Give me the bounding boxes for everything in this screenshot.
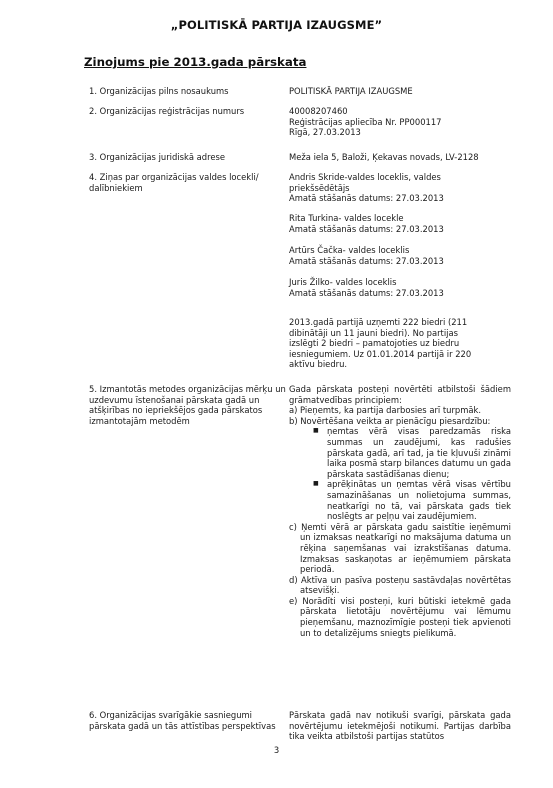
- board-member-3: Artūrs Čačka- valdes loceklis Amatā stāš…: [289, 245, 521, 266]
- bullet-icon: ■: [313, 479, 319, 490]
- membership-note: 2013.gadā partijā uzņemti 222 biedri (21…: [289, 317, 521, 370]
- principle-a: a) Pieņemts, ka partija darbosies arī tu…: [289, 405, 511, 416]
- principles-intro: Gada pārskata posteņi novērtēti atbilsto…: [289, 384, 511, 405]
- principle-b-bullet-1: ■ ņemtas vērā visas paredzamās riska sum…: [289, 426, 511, 479]
- principle-c: c) Ņemti vērā ar pārskata gadu saistītie…: [289, 522, 511, 575]
- board-member-2: Rita Turkina- valdes locekle Amatā stāša…: [289, 213, 521, 234]
- document-title: „POLITISKĀ PARTIJA IZAUGSME”: [0, 18, 553, 32]
- row-6-value: Pārskata gadā nav notikuši svarīgi, pārs…: [289, 710, 511, 742]
- row-1-value: POLITISKĀ PARTIJA IZAUGSME: [289, 86, 521, 97]
- bullet-icon: ■: [313, 426, 319, 437]
- row-2-value: 40008207460 Reģistrācijas apliecība Nr. …: [289, 106, 521, 138]
- row-3-value: Meža iela 5, Baloži, Ķekavas novads, LV-…: [289, 152, 521, 163]
- row-1-label: 1. Organizācijas pilns nosaukums: [89, 86, 279, 97]
- row-4-label: 4. Ziņas par organizācijas valdes locekl…: [89, 172, 279, 193]
- row-5-value: Gada pārskata posteņi novērtēti atbilsto…: [289, 384, 511, 638]
- row-2-label: 2. Organizācijas reģistrācijas numurs: [89, 106, 279, 117]
- principle-d: d) Aktīva un pasīva posteņu sastāvdaļas …: [289, 575, 511, 596]
- registration-place-date: Rīgā, 27.03.2013: [289, 127, 521, 138]
- row-6-label: 6. Organizācijas svarīgākie sasniegumi p…: [89, 710, 289, 731]
- registration-number: 40008207460: [289, 106, 521, 117]
- page-number: 3: [0, 745, 553, 755]
- board-member-1: Andris Skride-valdes loceklis, valdes pr…: [289, 172, 521, 204]
- board-member-4: Juris Žilko- valdes loceklis Amatā stāša…: [289, 277, 521, 298]
- registration-certificate: Reģistrācijas apliecība Nr. PP000117: [289, 117, 521, 128]
- row-3-label: 3. Organizācijas juridiskā adrese: [89, 152, 279, 163]
- principle-e: e) Norādīti visi posteņi, kuri būtiski i…: [289, 596, 511, 638]
- principle-b: b) Novērtēšana veikta ar pienācīgu piesa…: [289, 416, 511, 427]
- document-subtitle: Zinojums pie 2013.gada pārskata: [84, 55, 306, 69]
- principle-b-bullet-2: ■ aprēķinātas un ņemtas vērā visas vērtī…: [289, 479, 511, 521]
- row-5-label: 5. Izmantotās metodes organizācijas mērķ…: [89, 384, 289, 426]
